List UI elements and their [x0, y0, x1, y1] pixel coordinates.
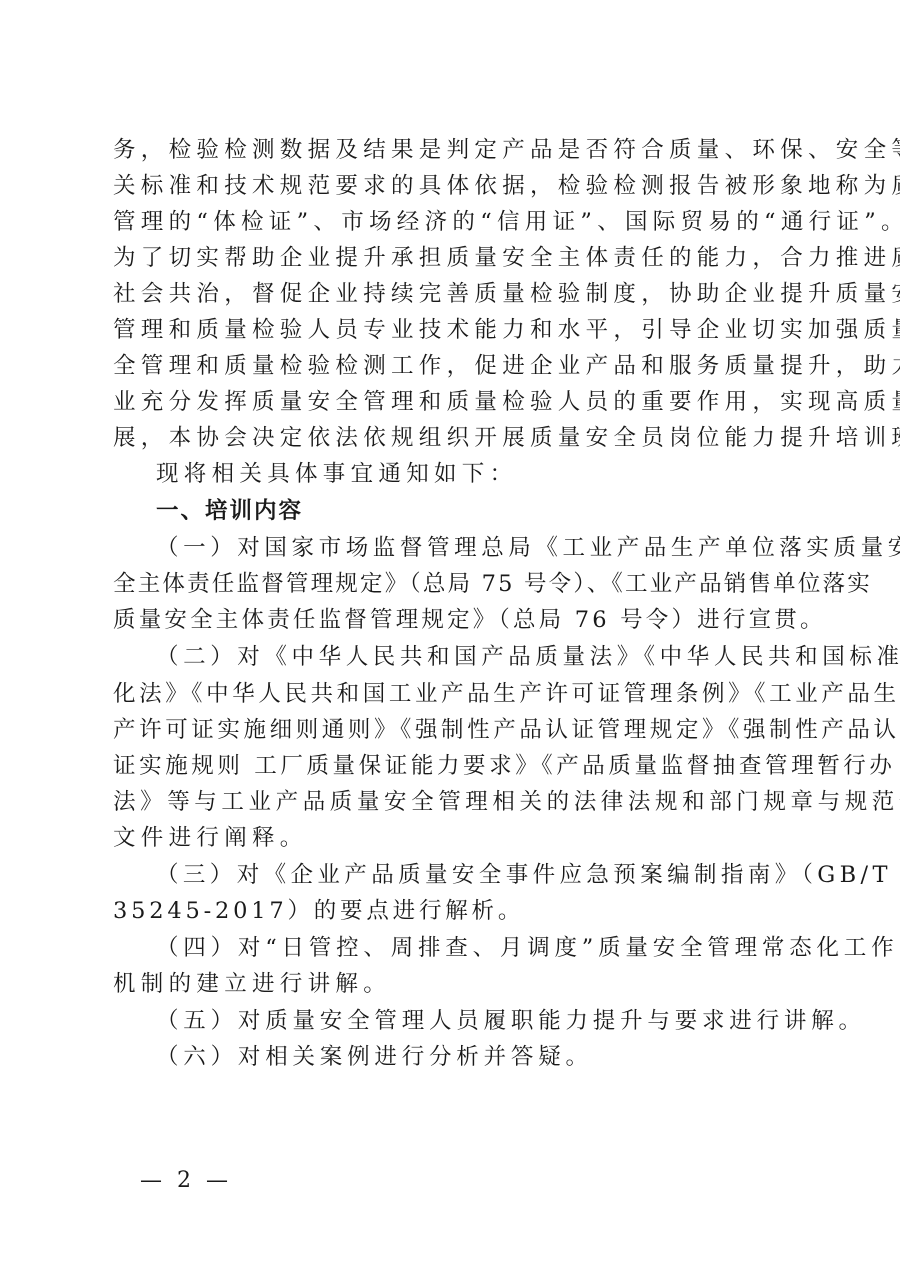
intro-line-9: 展，本协会决定依法依规组织开展质量安全员岗位能力提升培训班。 — [113, 420, 803, 456]
item-2-line-6: 文件进行阐释。 — [113, 820, 803, 856]
item-1-line-3: 质量安全主体责任监督管理规定》（总局 76 号令）进行宣贯。 — [113, 602, 803, 638]
intro-line-2: 关标准和技术规范要求的具体依据，检验检测报告被形象地称为质量 — [113, 168, 803, 204]
item-2-line-2: 化法》《中华人民共和国工业产品生产许可证管理条例》《工业产品生 — [113, 676, 803, 712]
item-2-line-1: （二）对《中华人民共和国产品质量法》《中华人民共和国标准 — [156, 639, 846, 675]
intro-line-1: 务，检验检测数据及结果是判定产品是否符合质量、环保、安全等相 — [113, 132, 803, 168]
intro-line-8: 业充分发挥质量安全管理和质量检验人员的重要作用，实现高质量发 — [113, 384, 803, 420]
intro-line-4: 为了切实帮助企业提升承担质量安全主体责任的能力，合力推进质量 — [113, 240, 803, 276]
item-5-line-1: （五）对质量安全管理人员履职能力提升与要求进行讲解。 — [156, 1003, 846, 1039]
item-4-line-2: 机制的建立进行讲解。 — [113, 966, 803, 1002]
notice-line: 现将相关具体事宜通知如下： — [156, 456, 846, 492]
item-3-line-2: 35245-2017）的要点进行解析。 — [113, 893, 803, 929]
item-2-line-3: 产许可证实施细则通则》《强制性产品认证管理规定》《强制性产品认 — [113, 712, 803, 748]
intro-line-3: 管理的“体检证”、市场经济的“信用证”、国际贸易的“通行证”。 — [113, 204, 803, 240]
section-heading: 一、培训内容 — [156, 493, 846, 529]
item-3-line-1: （三）对《企业产品质量安全事件应急预案编制指南》（GB/T — [156, 857, 846, 893]
intro-line-5: 社会共治，督促企业持续完善质量检验制度，协助企业提升质量安全 — [113, 276, 803, 312]
item-2-line-4: 证实施规则 工厂质量保证能力要求》《产品质量监督抽查管理暂行办 — [113, 748, 803, 784]
page-number: — 2 — — [140, 1168, 232, 1193]
intro-line-6: 管理和质量检验人员专业技术能力和水平，引导企业切实加强质量安 — [113, 312, 803, 348]
item-2-line-5: 法》等与工业产品质量安全管理相关的法律法规和部门规章与规范性 — [113, 784, 803, 820]
item-1-line-1: （一）对国家市场监督管理总局《工业产品生产单位落实质量安 — [156, 530, 846, 566]
intro-line-7: 全管理和质量检验检测工作，促进企业产品和服务质量提升，助力企 — [113, 348, 803, 384]
item-6-line-1: （六）对相关案例进行分析并答疑。 — [156, 1039, 846, 1075]
item-1-line-2: 全主体责任监督管理规定》（总局 75 号令）、《工业产品销售单位落实 — [113, 566, 803, 602]
document-page: 务，检验检测数据及结果是判定产品是否符合质量、环保、安全等相 关标准和技术规范要… — [0, 0, 900, 1273]
item-4-line-1: （四）对“日管控、周排查、月调度”质量安全管理常态化工作 — [156, 930, 846, 966]
